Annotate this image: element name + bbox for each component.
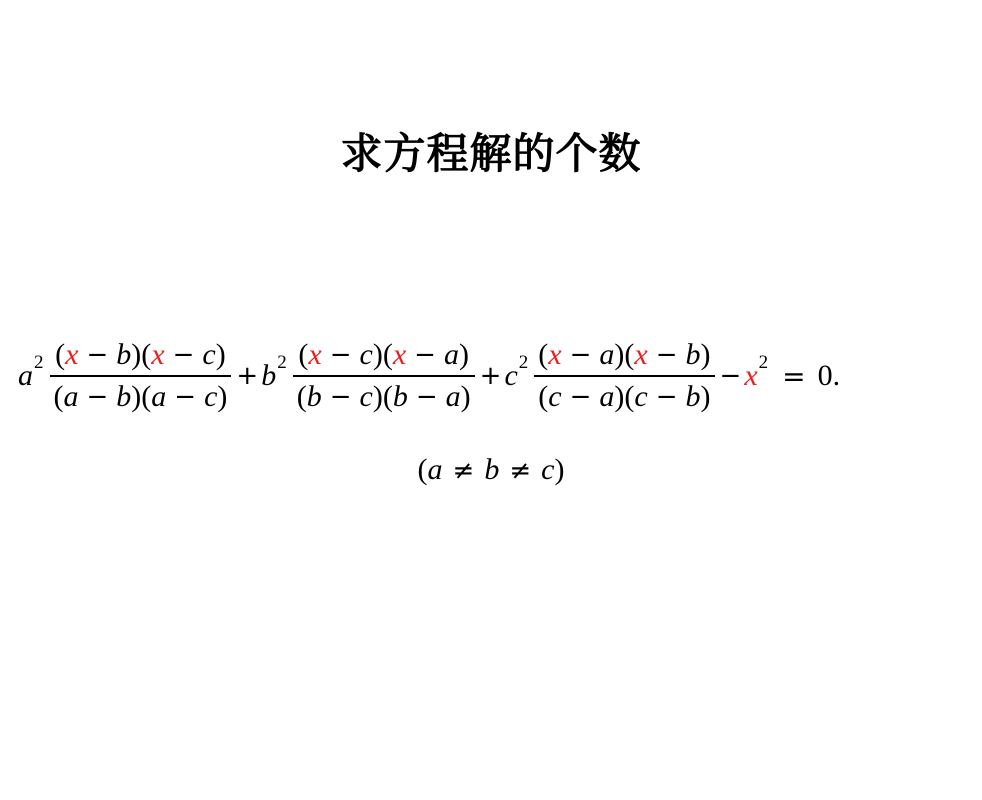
condition-c: c <box>541 453 554 486</box>
x-variable: x <box>151 336 164 374</box>
denominator: (c−a)(c−b) <box>534 377 714 417</box>
equation-tail: − x2 = 0. <box>717 359 841 393</box>
coef-variable: b <box>261 359 276 393</box>
not-equal-sign: ≠ <box>509 456 531 486</box>
equation: a2 (x−b)(x−c) (a−b)(a−c) + b2 (x−c)(x−a) <box>18 330 840 422</box>
coef-exponent: 2 <box>519 352 529 374</box>
equation-term-3: + c2 (x−a)(x−b) (c−a)(c−b) <box>477 335 717 417</box>
x-variable: x <box>393 336 406 374</box>
coef-exponent: 2 <box>277 352 287 374</box>
slide-title: 求方程解的个数 <box>0 126 982 182</box>
numerator: (x−c)(x−a) <box>294 335 473 375</box>
denominator: (a−b)(a−c) <box>50 377 232 417</box>
fraction: (x−b)(x−c) (a−b)(a−c) <box>50 335 232 417</box>
x-variable: x <box>308 336 321 374</box>
numerator: (x−a)(x−b) <box>534 335 714 375</box>
minus-sign: − <box>720 361 742 391</box>
slide: 求方程解的个数 a2 (x−b)(x−c) (a−b)(a−c) + b2 <box>0 0 982 800</box>
plus-sign: + <box>236 361 258 391</box>
coef-variable: a <box>18 359 33 393</box>
x-variable: x <box>744 359 757 393</box>
x-variable: x <box>548 336 561 374</box>
condition-a: a <box>428 453 443 486</box>
numerator: (x−b)(x−c) <box>51 335 230 375</box>
x-variable: x <box>634 336 647 374</box>
coef-exponent: 2 <box>34 352 44 374</box>
coef-variable: c <box>504 359 517 393</box>
x-exponent: 2 <box>759 352 769 374</box>
condition: (a≠b≠c) <box>0 450 982 491</box>
equation-term-1: a2 (x−b)(x−c) (a−b)(a−c) <box>18 335 233 417</box>
equals-sign: = <box>782 360 805 393</box>
right-hand-side: 0. <box>818 359 841 393</box>
denominator: (b−c)(b−a) <box>293 377 475 417</box>
fraction: (x−c)(x−a) (b−c)(b−a) <box>293 335 475 417</box>
plus-sign: + <box>480 361 502 391</box>
condition-b: b <box>484 453 499 486</box>
fraction: (x−a)(x−b) (c−a)(c−b) <box>534 335 714 417</box>
equation-term-2: + b2 (x−c)(x−a) (b−c)(b−a) <box>233 335 476 417</box>
coefficient: a2 <box>18 359 44 393</box>
not-equal-sign: ≠ <box>453 456 475 486</box>
coefficient: c2 <box>504 359 528 393</box>
x-variable: x <box>65 336 78 374</box>
coefficient: b2 <box>261 359 287 393</box>
